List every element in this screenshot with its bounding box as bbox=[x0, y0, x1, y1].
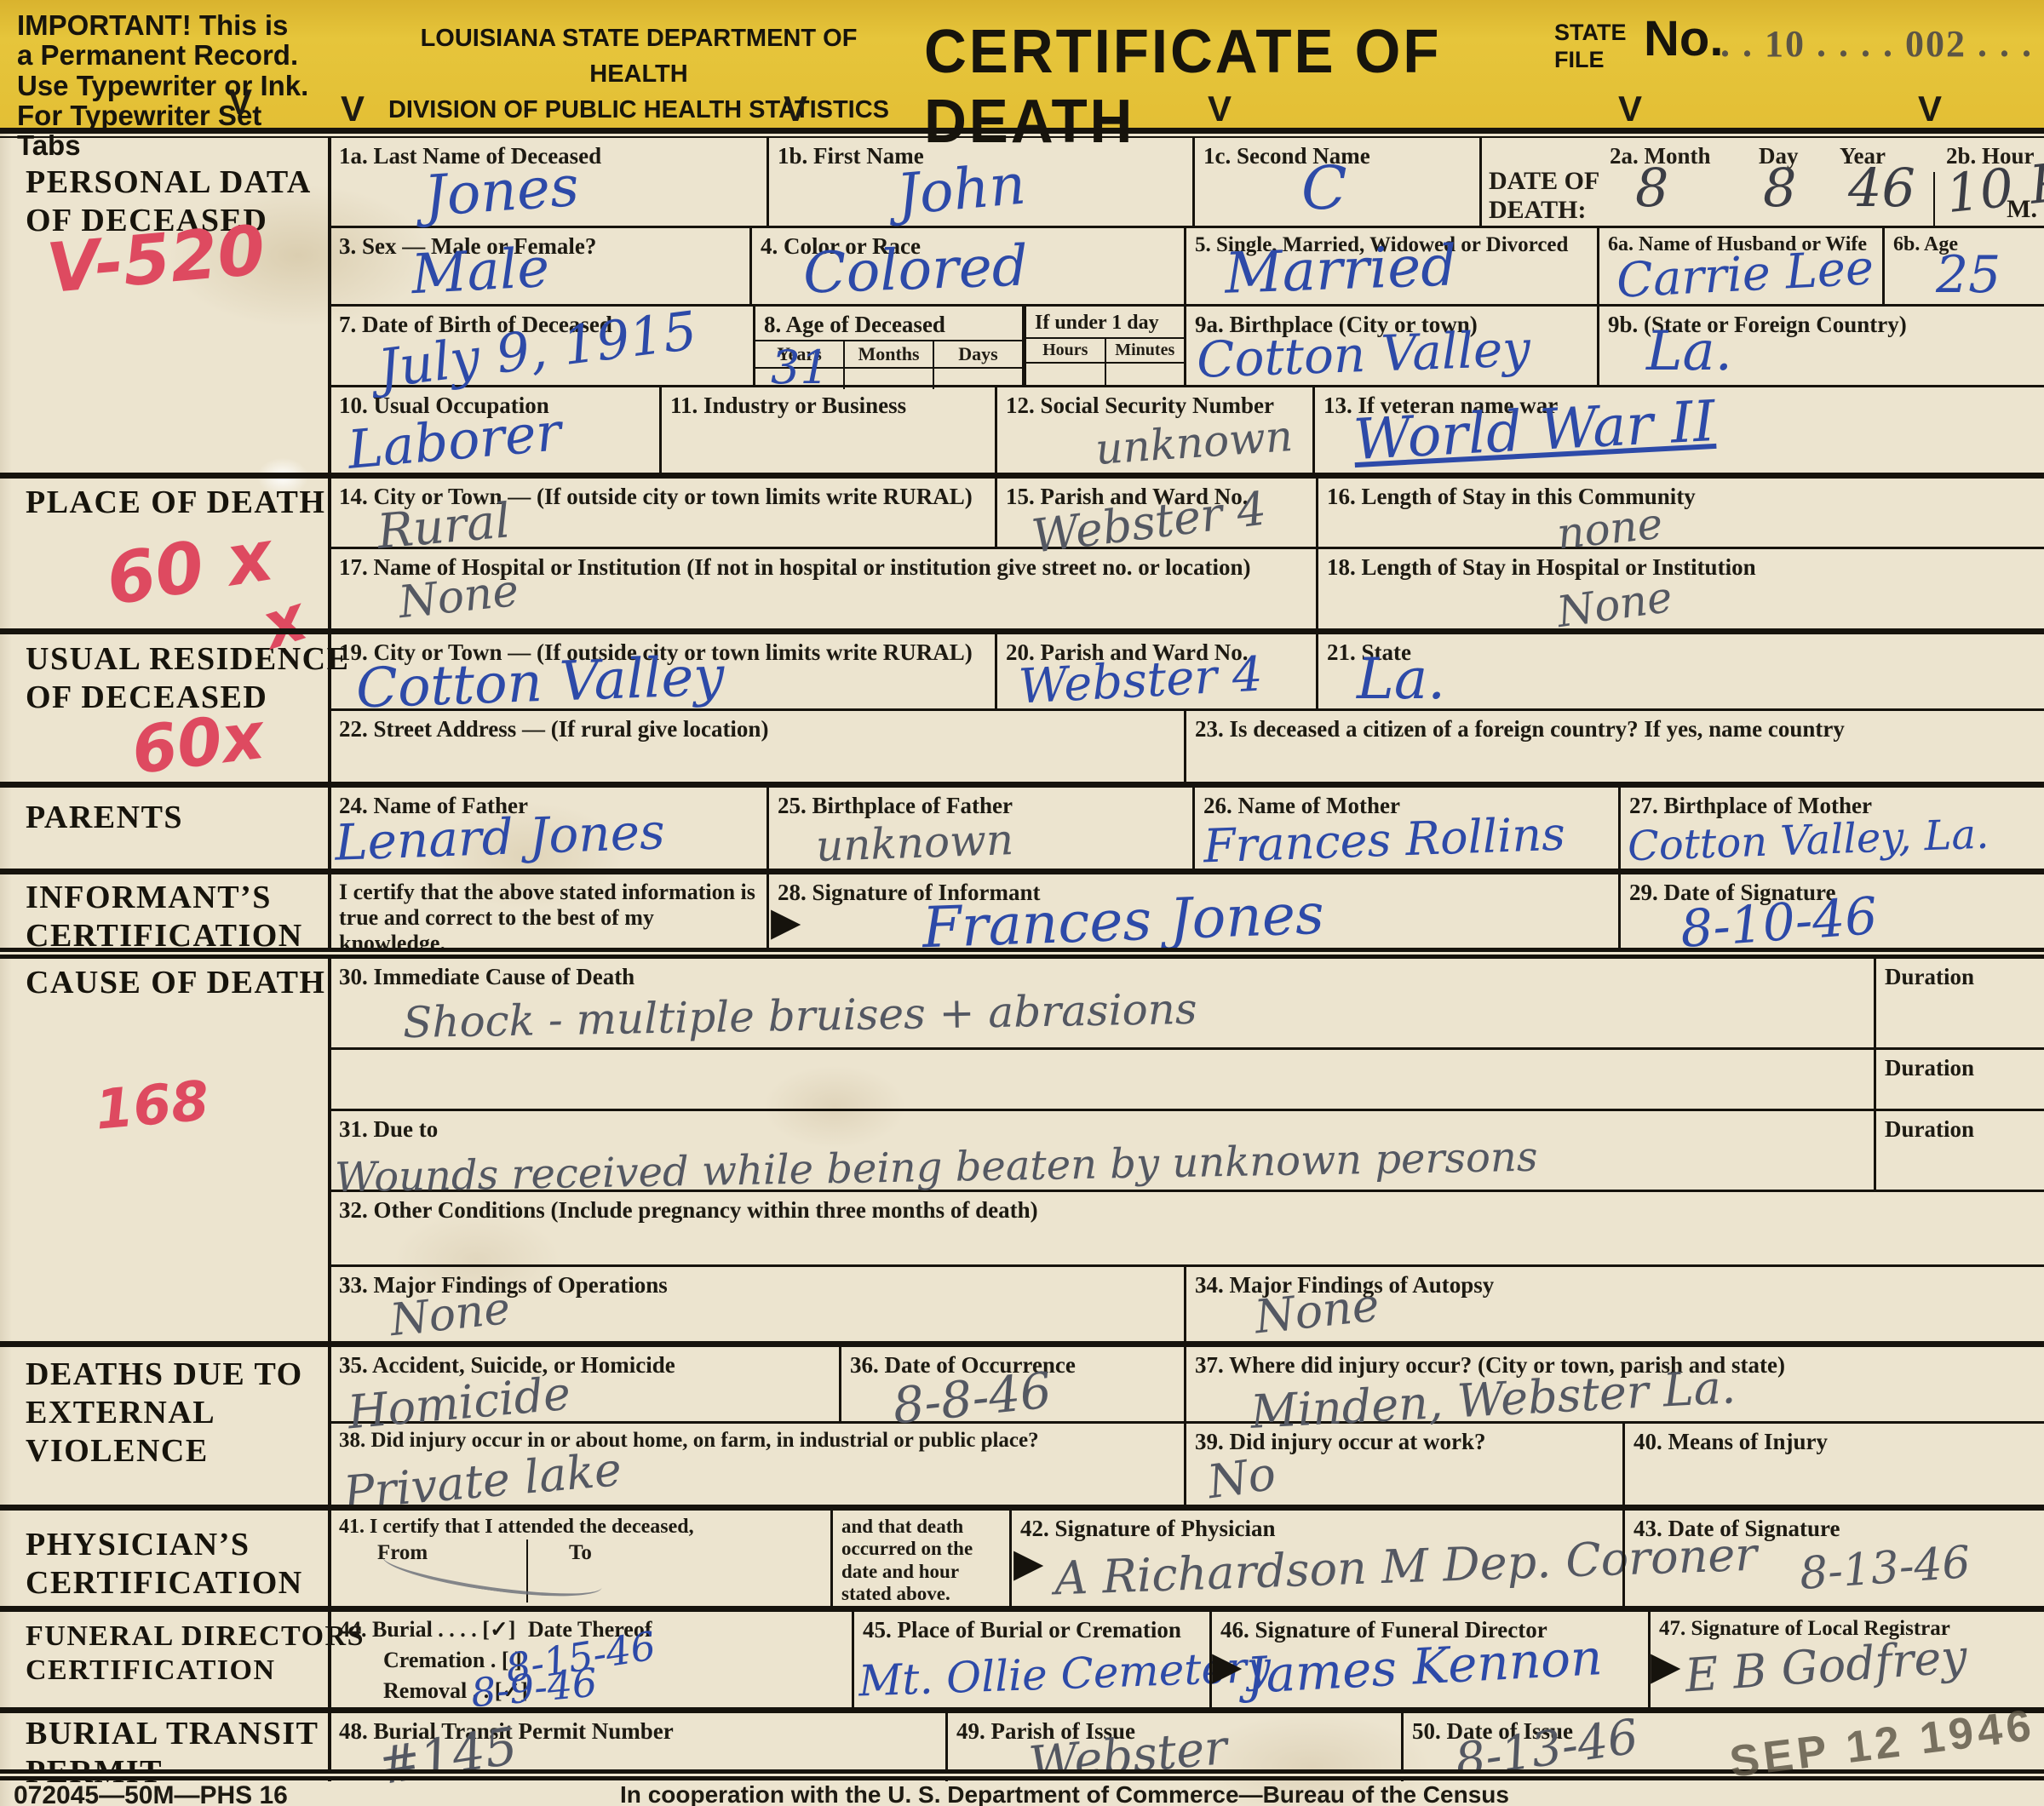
field-18-value: None bbox=[1554, 572, 1675, 637]
field-8-years-value: 31 bbox=[771, 341, 830, 394]
field-18-label: 18. Length of Stay in Hospital or Instit… bbox=[1318, 549, 2044, 581]
section-separator bbox=[0, 628, 2044, 634]
field-25-father-birthplace: 25. Birthplace of Father unknown bbox=[766, 788, 1192, 869]
field-9b-birth-state: 9b. (State or Foreign Country) La. bbox=[1597, 307, 2044, 387]
field-19-value: Cotton Valley bbox=[355, 645, 726, 720]
tab-marker: V bbox=[228, 82, 252, 123]
tab-marker: V bbox=[784, 89, 807, 129]
field-31-duration: Duration bbox=[1874, 1111, 2044, 1192]
state-file-label: STATE FILE bbox=[1554, 19, 1627, 74]
field-44-disposition: 44. Burial . . . . [✓] Date Thereof Crem… bbox=[330, 1612, 852, 1707]
field-31-label: 31. Due to bbox=[330, 1111, 1874, 1143]
field-17-hospital: 17. Name of Hospital or Institution (If … bbox=[330, 549, 1316, 628]
field-4-value: Colored bbox=[802, 232, 1029, 306]
field-21-value: La. bbox=[1357, 646, 1445, 712]
death-certificate-document: IMPORTANT! This is a Permanent Record. U… bbox=[0, 0, 2044, 1806]
field-45-label: 45. Place of Burial or Cremation bbox=[854, 1612, 1209, 1643]
field-22-label: 22. Street Address — (If rural give loca… bbox=[330, 711, 1184, 742]
field-5-value: Married bbox=[1224, 232, 1458, 306]
signature-arrow-icon: ▶ bbox=[1651, 1643, 1680, 1688]
section-parents: PARENTS bbox=[26, 799, 183, 837]
section-physician: PHYSICIAN’S CERTIFICATION bbox=[26, 1526, 303, 1602]
field-9b-value: La. bbox=[1646, 320, 1732, 383]
important-note: IMPORTANT! This is a Permanent Record. U… bbox=[17, 10, 332, 160]
field-1b-value: John bbox=[894, 152, 1028, 228]
field-39-value: No bbox=[1204, 1447, 1279, 1509]
field-40-label: 40. Means of Injury bbox=[1625, 1424, 2044, 1455]
burial-checkbox: Burial . . . . [✓] bbox=[372, 1617, 515, 1642]
field-11-industry: 11. Industry or Business bbox=[659, 387, 995, 473]
field-9a-value: Cotton Valley bbox=[1196, 319, 1531, 389]
field-38-label: 38. Did injury occur in or about home, o… bbox=[330, 1424, 1184, 1453]
field-3-sex: 3. Sex — Male or Female? Male bbox=[330, 228, 749, 307]
field-30-duration: Duration bbox=[1874, 959, 2044, 1050]
field-20-residence-parish: 20. Parish and Ward No. Webster 4 bbox=[995, 634, 1316, 711]
margin-note-168: 168 bbox=[93, 1069, 212, 1142]
section-separator bbox=[0, 1606, 2044, 1612]
field-31-due-to: 31. Due to Wounds received while being b… bbox=[330, 1111, 1874, 1192]
cooperation-note: In cooperation with the U. S. Department… bbox=[596, 1781, 1533, 1806]
field-6b-spouse-age: 6b. Age 25 bbox=[1882, 228, 2044, 307]
field-10-occupation: 10. Usual Occupation Laborer bbox=[330, 387, 659, 473]
field-35-label: 35. Accident, Suicide, or Homicide bbox=[330, 1347, 839, 1379]
field-47-local-registrar-signature: 47. Signature of Local Registrar ▶ E B G… bbox=[1648, 1612, 2044, 1707]
duration-label: Duration bbox=[1876, 959, 2044, 990]
field-8b-subcolumns: Hours Minutes bbox=[1026, 339, 1184, 385]
field-41-note-box: and that death occurred on the date and … bbox=[830, 1511, 1009, 1606]
hours-label: Hours bbox=[1026, 339, 1105, 364]
field-45-place-of-burial: 45. Place of Burial or Cremation Mt. Oll… bbox=[852, 1612, 1209, 1707]
field-41-note: and that death occurred on the date and … bbox=[833, 1511, 1009, 1606]
section-external-violence: DEATHS DUE TO EXTERNAL VIOLENCE bbox=[26, 1356, 303, 1470]
field-8-label: 8. Age of Deceased bbox=[755, 307, 1022, 341]
field-18-length-of-stay-hospital: 18. Length of Stay in Hospital or Instit… bbox=[1316, 549, 2044, 628]
field-23-foreign-citizen: 23. Is deceased a citizen of a foreign c… bbox=[1184, 711, 2044, 782]
cause-blank-duration: Duration bbox=[1874, 1050, 2044, 1111]
field-8-age: 8. Age of Deceased Years Months Days 31 bbox=[753, 307, 1022, 387]
to-label: To bbox=[569, 1541, 592, 1565]
field-40-means-of-injury: 40. Means of Injury bbox=[1622, 1424, 2044, 1505]
field-25-value: unknown bbox=[815, 815, 1014, 871]
section-place-of-death: PLACE OF DEATH bbox=[26, 484, 325, 522]
informant-statement: I certify that the above stated informat… bbox=[330, 874, 766, 956]
field-35-accident-suicide-homicide: 35. Accident, Suicide, or Homicide Homic… bbox=[330, 1347, 839, 1424]
section-informant: INFORMANT’S CERTIFICATION bbox=[26, 879, 303, 955]
informant-statement-box: I certify that the above stated informat… bbox=[330, 874, 766, 948]
agency-name: LOUISIANA STATE DEPARTMENT OF HEALTH DIV… bbox=[388, 20, 890, 128]
field-23-label: 23. Is deceased a citizen of a foreign c… bbox=[1186, 711, 2044, 742]
field-32-label: 32. Other Conditions (Include pregnancy … bbox=[330, 1192, 2044, 1224]
field-1c-second-name: 1c. Second Name C bbox=[1192, 138, 1479, 228]
minutes-label: Minutes bbox=[1106, 339, 1185, 364]
state-file-number: . . 10 . . . . 002 . . . bbox=[1720, 22, 2044, 66]
field-2-date-of-death: DATE OF DEATH: 2a. Month Day Year 2b. Ho… bbox=[1479, 138, 2044, 228]
field-26-mother-name: 26. Name of Mother Frances Rollins bbox=[1192, 788, 1618, 869]
meridiem-label: M. bbox=[2007, 195, 2037, 224]
cause-blank-line bbox=[330, 1050, 1874, 1111]
field-27-mother-birthplace: 27. Birthplace of Mother Cotton Valley, … bbox=[1618, 788, 2044, 869]
field-32-other-conditions: 32. Other Conditions (Include pregnancy … bbox=[330, 1192, 2044, 1267]
field-14-city-or-town: 14. City or Town — (If outside city or t… bbox=[330, 479, 995, 549]
field-1a-last-name: 1a. Last Name of Deceased Jones bbox=[330, 138, 766, 228]
days-label: Days bbox=[934, 341, 1022, 369]
field-29-informant-date: 29. Date of Signature 8-10-46 bbox=[1618, 874, 2044, 948]
signature-arrow-icon: ▶ bbox=[1013, 1539, 1043, 1585]
section-separator bbox=[0, 1505, 2044, 1511]
field-11-label: 11. Industry or Business bbox=[662, 387, 995, 419]
field-3-value: Male bbox=[410, 237, 551, 307]
field-7-date-of-birth: 7. Date of Birth of Deceased July 9, 191… bbox=[330, 307, 753, 387]
field-8b-label: If under 1 day bbox=[1026, 307, 1184, 339]
field-26-value: Frances Rollins bbox=[1203, 807, 1566, 874]
field-24-value: Lenard Jones bbox=[334, 802, 666, 871]
field-13-veteran-war: 13. If veteran name war World War II bbox=[1312, 387, 2044, 473]
margin-note-60x-2: 60x bbox=[128, 697, 267, 788]
section-funeral: FUNERAL DIRECTORS CERTIFICATION bbox=[26, 1620, 365, 1688]
field-9a-birthplace: 9a. Birthplace (City or town) Cotton Val… bbox=[1184, 307, 1597, 387]
months-label: Months bbox=[845, 341, 933, 369]
section-separator bbox=[0, 1341, 2044, 1347]
file-no-label: No. bbox=[1644, 10, 1723, 67]
field-30-value: Shock - multiple bruises + abrasions bbox=[403, 984, 1197, 1047]
field-41-attended: 41. I certify that I attended the deceas… bbox=[330, 1511, 830, 1606]
signature-arrow-icon: ▶ bbox=[1212, 1643, 1242, 1688]
field-1c-value: C bbox=[1301, 153, 1347, 223]
field-41-label: 41. I certify that I attended the deceas… bbox=[330, 1511, 830, 1539]
field-36-date-of-occurrence: 36. Date of Occurrence 8-8-46 bbox=[839, 1347, 1184, 1424]
field-43-physician-date: 43. Date of Signature 8-13-46 bbox=[1622, 1511, 2044, 1606]
field-1a-value: Jones bbox=[422, 153, 582, 229]
field-44-number: 44. bbox=[339, 1617, 367, 1642]
field-39-injury-at-work: 39. Did injury occur at work? No bbox=[1184, 1424, 1622, 1505]
tab-marker: V bbox=[1918, 89, 1942, 129]
tab-marker: V bbox=[341, 89, 365, 129]
field-24-father-name: 24. Name of Father Lenard Jones bbox=[330, 788, 766, 869]
hour-divider bbox=[1933, 172, 1935, 226]
margin-note-60x: 60 x bbox=[101, 515, 278, 621]
field-21-residence-state: 21. State La. bbox=[1316, 634, 2044, 711]
field-33-operations: 33. Major Findings of Operations None bbox=[330, 1267, 1184, 1341]
signature-arrow-icon: ▶ bbox=[771, 898, 801, 944]
field-1b-first-name: 1b. First Name John bbox=[766, 138, 1192, 228]
double-separator bbox=[0, 948, 2044, 959]
field-6b-value: 25 bbox=[1936, 245, 2001, 305]
field-30-immediate-cause: 30. Immediate Cause of Death Shock - mul… bbox=[330, 959, 1874, 1050]
field-16-label: 16. Length of Stay in this Community bbox=[1318, 479, 2044, 510]
field-43-value: 8-13-46 bbox=[1798, 1537, 1972, 1600]
field-34-autopsy: 34. Major Findings of Autopsy None bbox=[1184, 1267, 2044, 1341]
field-42-physician-signature: 42. Signature of Physician ▶ A Richardso… bbox=[1009, 1511, 1622, 1606]
field-15-parish-ward: 15. Parish and Ward No. Webster 4 bbox=[995, 479, 1316, 549]
field-5-marital-status: 5. Single, Married, Widowed or Divorced … bbox=[1184, 228, 1597, 307]
field-4-color-or-race: 4. Color or Race Colored bbox=[749, 228, 1184, 307]
section-separator bbox=[0, 869, 2044, 874]
header-divider bbox=[0, 128, 2044, 134]
duration-label: Duration bbox=[1876, 1111, 2044, 1143]
field-27-value: Cotton Valley, La. bbox=[1627, 811, 1989, 871]
tab-marker: V bbox=[1618, 89, 1642, 129]
field-28-informant-signature: 28. Signature of Informant ▶ Frances Jon… bbox=[766, 874, 1618, 948]
field-25-label: 25. Birthplace of Father bbox=[769, 788, 1192, 819]
field-8b-under-one-day: If under 1 day Hours Minutes bbox=[1022, 307, 1184, 387]
field-20-value: Webster 4 bbox=[1017, 647, 1264, 715]
field-22-street-address: 22. Street Address — (If rural give loca… bbox=[330, 711, 1184, 782]
section-cause-of-death: CAUSE OF DEATH bbox=[26, 964, 325, 1002]
field-12-ssn: 12. Social Security Number unknown bbox=[995, 387, 1312, 473]
field-43-label: 43. Date of Signature bbox=[1625, 1511, 2044, 1542]
field-12-value: unknown bbox=[1094, 411, 1294, 474]
section-separator bbox=[0, 473, 2044, 479]
field-46-funeral-director-signature: 46. Signature of Funeral Director ▶ Jame… bbox=[1209, 1612, 1648, 1707]
date-of-death-label: DATE OF DEATH: bbox=[1489, 167, 1599, 225]
field-38-place-type: 38. Did injury occur in or about home, o… bbox=[330, 1424, 1184, 1505]
section-separator bbox=[0, 1707, 2044, 1713]
death-day-value: 8 bbox=[1763, 157, 1796, 219]
field-6a-spouse-name: 6a. Name of Husband or Wife Carrie Lee bbox=[1597, 228, 1882, 307]
field-16-length-of-stay-community: 16. Length of Stay in this Community non… bbox=[1316, 479, 2044, 549]
duration-label: Duration bbox=[1876, 1050, 2044, 1081]
field-19-residence-city: 19. City or Town — (If outside city or t… bbox=[330, 634, 995, 711]
form-number: 072045—50M—PHS 16 bbox=[14, 1781, 288, 1806]
section-separator bbox=[0, 782, 2044, 788]
tab-marker: V bbox=[1208, 89, 1232, 129]
death-month-value: 8 bbox=[1635, 157, 1668, 219]
field-37-where-injury: 37. Where did injury occur? (City or tow… bbox=[1184, 1347, 2044, 1424]
death-year-value: 46 bbox=[1848, 157, 1915, 219]
